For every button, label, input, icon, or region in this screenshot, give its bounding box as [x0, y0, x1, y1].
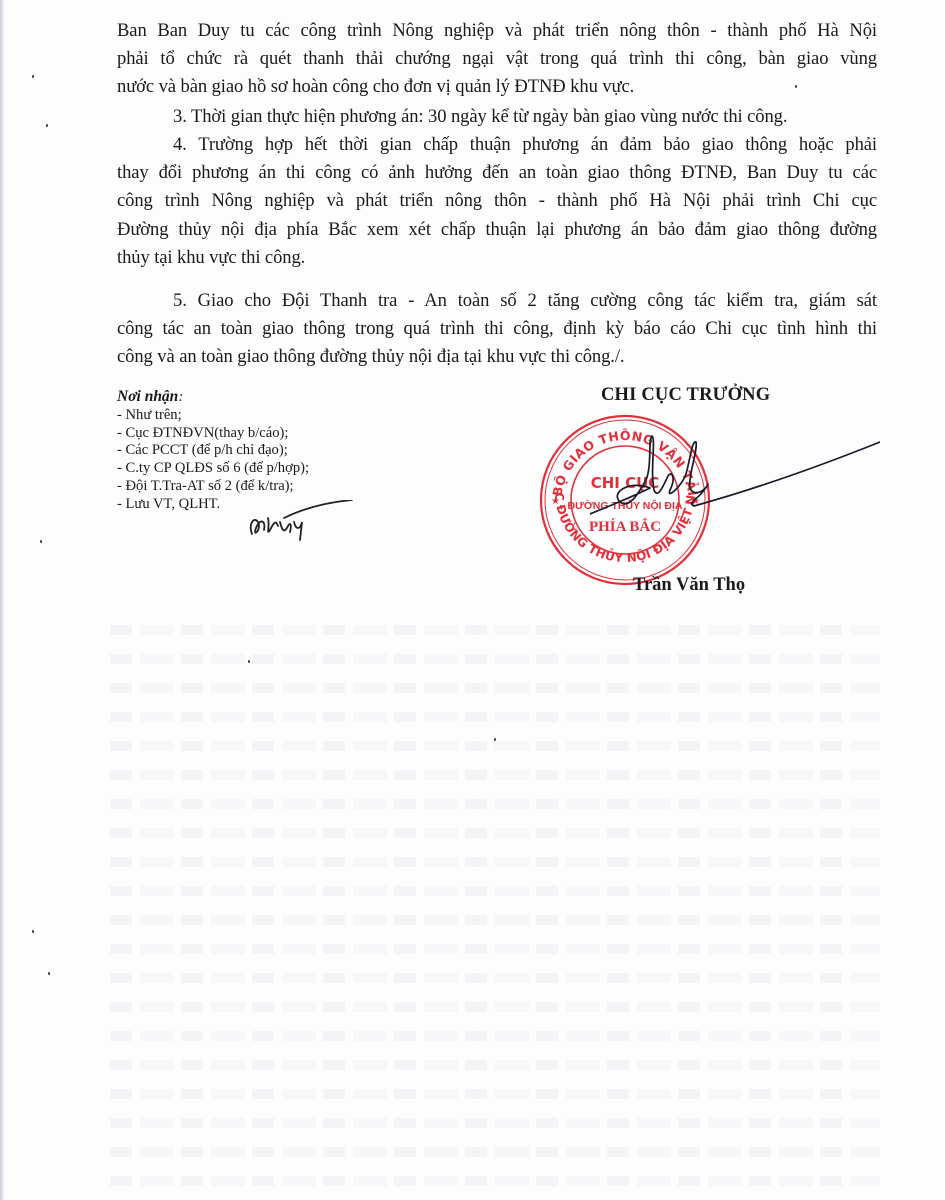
handwritten-signature: [590, 430, 880, 530]
signatory-title: CHI CỤC TRƯỞNG: [601, 385, 770, 406]
scan-speck: [795, 85, 797, 88]
bleed-through-line: [110, 712, 880, 722]
scan-speck: [48, 972, 50, 975]
text-line: 5. Giao cho Đội Thanh tra - An toàn số 2…: [117, 287, 877, 315]
bleed-through-line: [110, 1118, 880, 1128]
text-line: công tác an toàn giao thông trong quá tr…: [117, 315, 877, 343]
recipients-block: Nơi nhận: - Như trên; - Cục ĐTNĐVN(thay …: [117, 388, 309, 514]
text-line: 4. Trường hợp hết thời gian chấp thuận p…: [117, 131, 877, 159]
paragraph-item-4: 4. Trường hợp hết thời gian chấp thuận p…: [117, 131, 877, 272]
text-line: Ban Ban Duy tu các công trình Nông nghiệ…: [117, 17, 877, 45]
bleed-through-line: [110, 915, 880, 925]
recipient-item: - Như trên;: [117, 407, 309, 425]
bleed-through-line: [110, 886, 880, 896]
bleed-through-line: [110, 741, 880, 751]
bleed-through-line: [110, 799, 880, 809]
recipient-item: - Đội T.Tra-AT số 2 (để k/tra);: [117, 478, 309, 496]
bleed-through-line: [110, 654, 880, 664]
scan-speck: [46, 124, 48, 127]
bleed-through-line: [110, 1176, 880, 1186]
text-line: 3. Thời gian thực hiện phương án: 30 ngà…: [117, 103, 877, 131]
handwritten-initials: [244, 500, 354, 542]
bleed-through-line: [110, 828, 880, 838]
bleed-through-line: [110, 857, 880, 867]
paragraph-item-3: 3. Thời gian thực hiện phương án: 30 ngà…: [117, 103, 877, 131]
text-line: thay đổi phương án thi công có ảnh hưởng…: [117, 159, 877, 187]
recipient-item: - Cục ĐTNĐVN(thay b/cáo);: [117, 425, 309, 443]
signatory-name: Trần Văn Thọ: [633, 575, 745, 596]
bleed-through-line: [110, 1089, 880, 1099]
text-line: công trình Nông nghiệp và phát triển nôn…: [117, 187, 877, 215]
bleed-through-line: [110, 1147, 880, 1157]
paragraph-item-5: 5. Giao cho Đội Thanh tra - An toàn số 2…: [117, 287, 877, 372]
recipient-item: - Các PCCT (để p/h chỉ đạo);: [117, 442, 309, 460]
recipients-title: Nơi nhận: [117, 388, 178, 405]
bleed-through-line: [110, 1002, 880, 1012]
svg-text:★: ★: [551, 496, 560, 507]
scan-speck: [32, 930, 34, 933]
scan-speck: [32, 75, 34, 78]
scan-speck: [494, 738, 496, 741]
document-page: Ban Ban Duy tu các công trình Nông nghiệ…: [0, 0, 945, 1200]
paragraph-continuation: Ban Ban Duy tu các công trình Nông nghiệ…: [117, 17, 877, 102]
bleed-through-line: [110, 973, 880, 983]
scan-speck: [248, 660, 250, 663]
bleed-through-line: [110, 683, 880, 693]
scan-edge-shadow: [0, 0, 4, 1200]
recipient-item: - C.ty CP QLĐS số 6 (để p/hợp);: [117, 460, 309, 478]
bleed-through-line: [110, 770, 880, 780]
text-line: nước và bàn giao hồ sơ hoàn công cho đơn…: [117, 73, 877, 101]
recipients-title-colon: :: [178, 389, 183, 405]
text-line: công và an toàn giao thông đường thủy nộ…: [117, 343, 877, 371]
bleed-through-line: [110, 1031, 880, 1041]
scan-speck: [40, 540, 42, 543]
text-line: Đường thủy nội địa phía Bắc xem xét chấp…: [117, 216, 877, 244]
bleed-through-line: [110, 944, 880, 954]
bleed-through-line: [110, 1060, 880, 1070]
text-line: thủy tại khu vực thi công.: [117, 244, 877, 272]
bleed-through-line: [110, 625, 880, 635]
text-line: phải tổ chức rà quét thanh thải chướng n…: [117, 45, 877, 73]
